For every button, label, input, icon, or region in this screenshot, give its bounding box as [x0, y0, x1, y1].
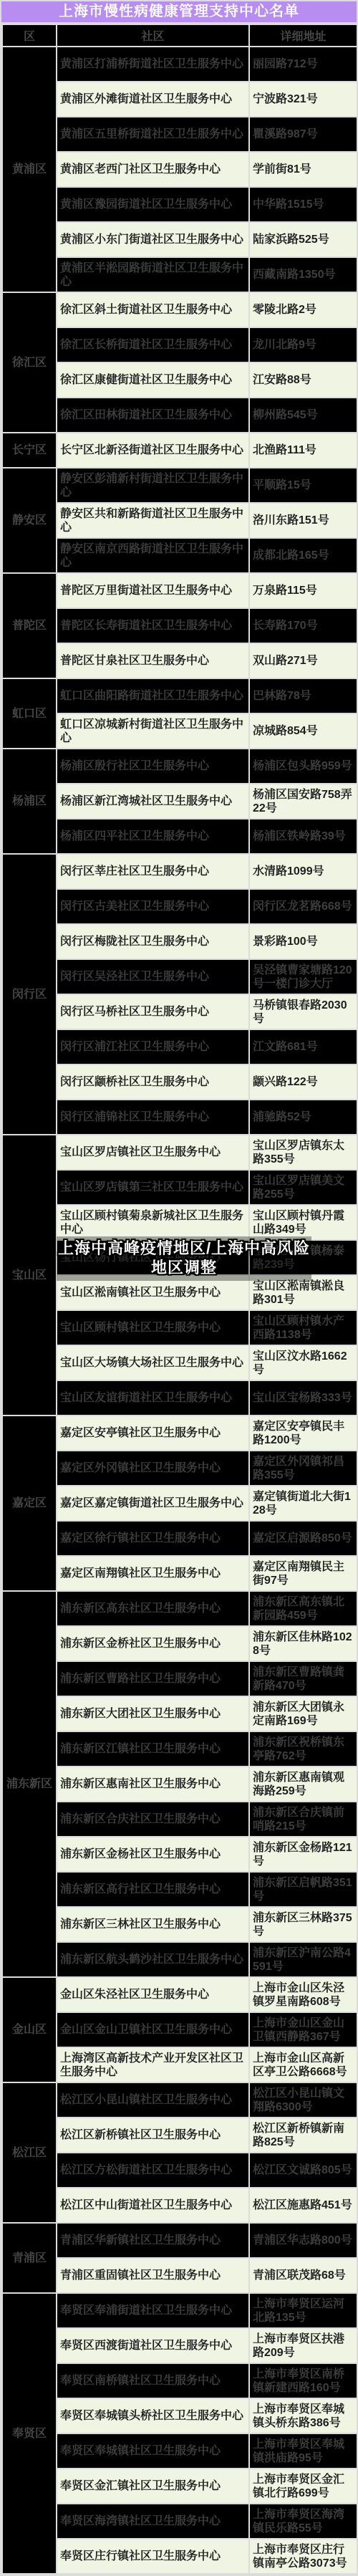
- district-cell: 嘉定区: [2, 1416, 57, 1591]
- watermark-overlay: 上海中高峰疫情地区/上海中高风险 地区调整: [57, 1236, 311, 1281]
- district-cell: 杨浦区: [2, 749, 57, 854]
- center-name-cell: 松江区新桥镇社区卫生服务中心: [57, 2118, 249, 2153]
- center-name-cell: 闵行区颛桥社区卫生服务中心: [57, 1064, 249, 1100]
- center-name-cell: 奉贤区奉城镇头桥社区卫生服务中心: [57, 2398, 249, 2433]
- center-name-cell: 普陀区甘泉社区卫生服务中心: [57, 643, 249, 678]
- center-name-cell: 奉贤区海湾镇社区卫生服务中心: [57, 2504, 249, 2539]
- center-address-cell: 零陵北路2号: [249, 292, 357, 327]
- page-title: 上海市慢性病健康管理支持中心名单: [1, 1, 357, 24]
- center-name-cell: 嘉定区嘉定镇街道社区卫生服务中心: [57, 1486, 249, 1521]
- center-name-cell: 浦东新区高东社区卫生服务中心: [57, 1591, 249, 1626]
- center-name-cell: 宝山区顾村镇菊泉新城社区卫生服务中心: [57, 1205, 249, 1240]
- district-cell: 虹口区: [2, 678, 57, 749]
- center-name-cell: 奉贤区奉浦街道社区卫生服务中心: [57, 2293, 249, 2328]
- center-name-cell: 浦东新区合庆社区卫生服务中心: [57, 1802, 249, 1837]
- center-name-cell: 宝山区大场镇大场社区卫生服务中心: [57, 1345, 249, 1380]
- center-name-cell: 普陀区万里街道社区卫生服务中心: [57, 573, 249, 608]
- center-name-cell: 徐汇区斜土街道社区卫生服务中心: [57, 292, 249, 327]
- center-name-cell: 徐汇区田林街道社区卫生服务中心: [57, 398, 249, 433]
- center-name-cell: 奉贤区西渡街道社区卫生服务中心: [57, 2328, 249, 2363]
- center-row: 普陀区普陀区万里街道社区卫生服务中心万泉路115号: [2, 573, 357, 608]
- center-name-cell: 黄浦区半淞园路街道社区卫生服务中心: [57, 257, 249, 292]
- center-name-cell: 静安区彭浦新村街道社区卫生服务中心: [57, 468, 249, 503]
- center-address-cell: 双山路271号: [249, 643, 357, 678]
- center-address-cell: 松江区文诚路805号: [249, 2153, 357, 2188]
- center-address-cell: 青浦区华志路800号: [249, 2223, 357, 2258]
- center-address-cell: 万泉路115号: [249, 573, 357, 608]
- center-name-cell: 宝山区罗店镇第三社区卫生服务中心: [57, 1170, 249, 1205]
- chronic-disease-center-list-page: 上海市慢性病健康管理支持中心名单 区 社区 详细地址 黄浦区黄浦区打浦桥街道社区…: [0, 0, 358, 2576]
- center-name-cell: 黄浦区五里桥街道社区卫生服务中心: [57, 117, 249, 152]
- center-name-cell: 奉贤区庄行镇社区卫生服务中心: [57, 2539, 249, 2574]
- center-address-cell: 吴泾镇曹家塘路120号一楼门诊大厅: [249, 959, 357, 994]
- center-address-cell: 松江区新桥镇新南路825号: [249, 2118, 357, 2153]
- center-address-cell: 杨浦区包头路959号: [249, 749, 357, 784]
- center-address-cell: 上海市奉贤区金汇镇北行路699号: [249, 2469, 357, 2504]
- center-address-cell: 巴林路78号: [249, 678, 357, 713]
- center-name-cell: 杨浦区四平社区卫生服务中心: [57, 819, 249, 854]
- district-cell: 徐汇区: [2, 292, 57, 433]
- center-address-cell: 颛兴路122号: [249, 1064, 357, 1100]
- center-address-cell: 上海市奉贤区海湾镇民乐路55号: [249, 2504, 357, 2539]
- center-name-cell: 浦东新区金杨社区卫生服务中心: [57, 1837, 249, 1872]
- center-address-cell: 浦东新区沪南公路4591号: [249, 1942, 357, 1977]
- center-address-cell: 北渔路111号: [249, 433, 357, 468]
- center-name-cell: 黄浦区小东门街道社区卫生服务中心: [57, 222, 249, 257]
- centers-table: 区 社区 详细地址 黄浦区黄浦区打浦桥街道社区卫生服务中心丽园路712号黄浦区外…: [1, 24, 358, 2575]
- center-address-cell: 江安路88号: [249, 362, 357, 398]
- center-address-cell: 洛川东路151号: [249, 503, 357, 538]
- center-address-cell: 上海市奉贤区奉城镇洪庙路95号: [249, 2433, 357, 2469]
- center-name-cell: 宝山区顾村镇社区卫生服务中心: [57, 1310, 249, 1345]
- center-address-cell: 松江区施惠路451号: [249, 2188, 357, 2223]
- center-address-cell: 丽园路712号: [249, 47, 357, 82]
- center-name-cell: 浦东新区金桥社区卫生服务中心: [57, 1626, 249, 1661]
- center-name-cell: 奉贤区南桥镇社区卫生服务中心: [57, 2363, 249, 2398]
- center-name-cell: 闵行区古美社区卫生服务中心: [57, 889, 249, 924]
- center-name-cell: 上海湾区高新技术产业开发区社区卫生服务中心: [57, 2047, 249, 2082]
- center-name-cell: 浦东新区惠南社区卫生服务中心: [57, 1767, 249, 1802]
- center-address-cell: 陆家浜路525号: [249, 222, 357, 257]
- center-address-cell: 浦东新区合庆镇前哨路215号: [249, 1802, 357, 1837]
- center-name-cell: 普陀区长寿街道社区卫生服务中心: [57, 608, 249, 643]
- center-name-cell: 青浦区华新镇社区卫生服务中心: [57, 2223, 249, 2258]
- center-address-cell: 成都北路165号: [249, 538, 357, 573]
- center-address-cell: 凉城路854号: [249, 713, 357, 749]
- district-cell: 宝山区: [2, 1135, 57, 1416]
- center-address-cell: 上海市奉贤区奉城镇头桥东路386号: [249, 2398, 357, 2433]
- center-name-cell: 闵行区莘庄社区卫生服务中心: [57, 854, 249, 889]
- center-name-cell: 浦东新区航头鹤沙社区卫生服务中心: [57, 1942, 249, 1977]
- center-name-cell: 静安区共和新路街道社区卫生服务中心: [57, 503, 249, 538]
- center-name-cell: 嘉定区外冈镇社区卫生服务中心: [57, 1451, 249, 1486]
- table-body: 黄浦区黄浦区打浦桥街道社区卫生服务中心丽园路712号黄浦区外滩街道社区卫生服务中…: [2, 47, 357, 2574]
- center-name-cell: 闵行区吴泾社区卫生服务中心: [57, 959, 249, 994]
- center-address-cell: 浦东新区曹路镇龚新路470号: [249, 1661, 357, 1696]
- center-address-cell: 浦驰路52号: [249, 1100, 357, 1135]
- center-row: 松江区松江区小昆山镇社区卫生服务中心松江区小昆山镇文翔路6300号: [2, 2082, 357, 2118]
- center-address-cell: 马桥镇银春路2030号: [249, 994, 357, 1029]
- center-address-cell: 浦东新区大团镇永定南路169号: [249, 1696, 357, 1731]
- center-address-cell: 学前街81号: [249, 152, 357, 187]
- center-address-cell: 嘉定区启源路850号: [249, 1521, 357, 1556]
- center-name-cell: 徐汇区长桥街道社区卫生服务中心: [57, 327, 249, 362]
- center-row: 青浦区青浦区华新镇社区卫生服务中心青浦区华志路800号: [2, 2223, 357, 2258]
- center-address-cell: 上海市金山区朱泾镇罗星南路608号: [249, 1977, 357, 2012]
- center-address-cell: 嘉定镇街道北大街128号: [249, 1486, 357, 1521]
- center-address-cell: 瞿溪路987号: [249, 117, 357, 152]
- center-name-cell: 闵行区马桥社区卫生服务中心: [57, 994, 249, 1029]
- center-name-cell: 静安区南京西路街道社区卫生服务中心: [57, 538, 249, 573]
- center-address-cell: 上海市金山区金山卫镇西静路367号: [249, 2012, 357, 2047]
- center-name-cell: 虹口区凉城新村街道社区卫生服务中心: [57, 713, 249, 749]
- center-address-cell: 宝山区宝杨路333号: [249, 1380, 357, 1416]
- district-cell: 静安区: [2, 468, 57, 573]
- center-name-cell: 嘉定区徐行镇社区卫生服务中心: [57, 1521, 249, 1556]
- district-cell: 松江区: [2, 2082, 57, 2223]
- center-address-cell: 嘉定区南翔镇民主街97号: [249, 1556, 357, 1591]
- center-address-cell: 闵行区龙茗路668号: [249, 889, 357, 924]
- center-address-cell: 杨浦区国安路758弄22号: [249, 784, 357, 819]
- center-name-cell: 浦东新区大团社区卫生服务中心: [57, 1696, 249, 1731]
- center-row: 闵行区闵行区莘庄社区卫生服务中心水清路1099号: [2, 854, 357, 889]
- center-name-cell: 黄浦区豫园街道社区卫生服务中心: [57, 187, 249, 222]
- center-row: 徐汇区徐汇区斜土街道社区卫生服务中心零陵北路2号: [2, 292, 357, 327]
- center-name-cell: 浦东新区江镇社区卫生服务中心: [57, 1731, 249, 1767]
- center-address-cell: 嘉定区安亭镇民丰路1200号: [249, 1416, 357, 1451]
- district-cell: 闵行区: [2, 854, 57, 1135]
- center-row: 静安区静安区彭浦新村街道社区卫生服务中心平顺路15号: [2, 468, 357, 503]
- center-address-cell: 江文路681号: [249, 1029, 357, 1064]
- center-address-cell: 龙川北路9号: [249, 327, 357, 362]
- center-address-cell: 嘉定区外冈镇祁昌路355号: [249, 1451, 357, 1486]
- center-address-cell: 西藏南路1350号: [249, 257, 357, 292]
- district-cell: 金山区: [2, 1977, 57, 2082]
- district-cell: 浦东新区: [2, 1591, 57, 1977]
- column-header-district: 区: [2, 24, 57, 47]
- center-row: 虹口区虹口区曲阳路街道社区卫生服务中心巴林路78号: [2, 678, 357, 713]
- center-row: 嘉定区嘉定区安亭镇社区卫生服务中心嘉定区安亭镇民丰路1200号: [2, 1416, 357, 1451]
- center-address-cell: 中华路1515号: [249, 187, 357, 222]
- center-address-cell: 浦东新区高东镇北新园路459号: [249, 1591, 357, 1626]
- center-name-cell: 金山区金山卫镇社区卫生服务中心: [57, 2012, 249, 2047]
- center-name-cell: 徐汇区康健街道社区卫生服务中心: [57, 362, 249, 398]
- center-name-cell: 黄浦区老西门社区卫生服务中心: [57, 152, 249, 187]
- table-header-row: 区 社区 详细地址: [2, 24, 357, 47]
- center-name-cell: 金山区朱泾社区卫生服务中心: [57, 1977, 249, 2012]
- center-name-cell: 黄浦区外滩街道社区卫生服务中心: [57, 82, 249, 117]
- center-address-cell: 浦东新区三林路375号: [249, 1907, 357, 1942]
- center-name-cell: 闵行区梅陇社区卫生服务中心: [57, 924, 249, 959]
- center-name-cell: 黄浦区打浦桥街道社区卫生服务中心: [57, 47, 249, 82]
- center-name-cell: 虹口区曲阳路街道社区卫生服务中心: [57, 678, 249, 713]
- center-address-cell: 杨浦区铁岭路39号: [249, 819, 357, 854]
- district-cell: 青浦区: [2, 2223, 57, 2293]
- center-address-cell: 浦东新区佳林路1028号: [249, 1626, 357, 1661]
- center-name-cell: 松江区小昆山镇社区卫生服务中心: [57, 2082, 249, 2118]
- center-address-cell: 浦东新区金杨路121号: [249, 1837, 357, 1872]
- center-name-cell: 浦东新区曹路社区卫生服务中心: [57, 1661, 249, 1696]
- center-row: 黄浦区黄浦区打浦桥街道社区卫生服务中心丽园路712号: [2, 47, 357, 82]
- center-row: 金山区金山区朱泾社区卫生服务中心上海市金山区朱泾镇罗星南路608号: [2, 1977, 357, 2012]
- center-row: 奉贤区奉贤区奉浦街道社区卫生服务中心上海市奉贤区运河北路135号: [2, 2293, 357, 2328]
- center-name-cell: 宝山区罗店镇社区卫生服务中心: [57, 1135, 249, 1170]
- center-address-cell: 浦东新区启帆路351号: [249, 1872, 357, 1907]
- center-address-cell: 柳州路545号: [249, 398, 357, 433]
- center-address-cell: 松江区小昆山镇文翔路6300号: [249, 2082, 357, 2118]
- watermark-line-2: 地区调整: [57, 1258, 311, 1277]
- center-name-cell: 长宁区北新泾街道社区卫生服务中心: [57, 433, 249, 468]
- center-name-cell: 松江区中山街道社区卫生服务中心: [57, 2188, 249, 2223]
- center-name-cell: 浦东新区三林社区卫生服务中心: [57, 1907, 249, 1942]
- center-address-cell: 宝山区顾村镇丹霞山路349号: [249, 1205, 357, 1240]
- watermark-line-1: 上海中高峰疫情地区/上海中高风险: [57, 1239, 311, 1258]
- center-row: 长宁区长宁区北新泾街道社区卫生服务中心北渔路111号: [2, 433, 357, 468]
- center-name-cell: 奉贤区金汇镇社区卫生服务中心: [57, 2469, 249, 2504]
- center-name-cell: 青浦区重固镇社区卫生服务中心: [57, 2258, 249, 2293]
- center-address-cell: 浦东新区惠南镇观海路259号: [249, 1767, 357, 1802]
- center-row: 杨浦区杨浦区殷行社区卫生服务中心杨浦区包头路959号: [2, 749, 357, 784]
- column-header-address: 详细地址: [249, 24, 357, 47]
- center-name-cell: 嘉定区南翔镇社区卫生服务中心: [57, 1556, 249, 1591]
- district-cell: 奉贤区: [2, 2293, 57, 2574]
- center-address-cell: 宁波路321号: [249, 82, 357, 117]
- column-header-community: 社区: [57, 24, 249, 47]
- center-address-cell: 水清路1099号: [249, 854, 357, 889]
- center-address-cell: 上海市奉贤区南桥镇新建西路160号: [249, 2363, 357, 2398]
- center-address-cell: 宝山区顾村镇水产西路1138号: [249, 1310, 357, 1345]
- center-name-cell: 奉贤区奉城镇社区卫生服务中心: [57, 2433, 249, 2469]
- center-address-cell: 宝山区罗店镇美文路255号: [249, 1170, 357, 1205]
- center-name-cell: 松江区方松街道社区卫生服务中心: [57, 2153, 249, 2188]
- center-name-cell: 嘉定区安亭镇社区卫生服务中心: [57, 1416, 249, 1451]
- center-name-cell: 杨浦区殷行社区卫生服务中心: [57, 749, 249, 784]
- center-address-cell: 上海市奉贤区运河北路135号: [249, 2293, 357, 2328]
- center-name-cell: 闵行区浦江社区卫生服务中心: [57, 1029, 249, 1064]
- center-address-cell: 上海市金山区高新区亭卫公路6668号: [249, 2047, 357, 2082]
- center-address-cell: 青浦区联茂路68号: [249, 2258, 357, 2293]
- center-row: 宝山区宝山区罗店镇社区卫生服务中心宝山区罗店镇东太路355号: [2, 1135, 357, 1170]
- district-cell: 长宁区: [2, 433, 57, 468]
- center-name-cell: 闵行区浦锦社区卫生服务中心: [57, 1100, 249, 1135]
- center-address-cell: 长寿路170号: [249, 608, 357, 643]
- center-address-cell: 上海市奉贤区庄行镇南亭公路3073号: [249, 2539, 357, 2574]
- center-address-cell: 宝山区汶水路1662号: [249, 1345, 357, 1380]
- center-name-cell: 宝山区友谊街道社区卫生服务中心: [57, 1380, 249, 1416]
- center-address-cell: 浦东新区祝桥镇东亭路762号: [249, 1731, 357, 1767]
- center-address-cell: 宝山区罗店镇东太路355号: [249, 1135, 357, 1170]
- district-cell: 普陀区: [2, 573, 57, 678]
- center-address-cell: 平顺路15号: [249, 468, 357, 503]
- center-name-cell: 杨浦区新江湾城社区卫生服务中心: [57, 784, 249, 819]
- center-name-cell: 浦东新区高行社区卫生服务中心: [57, 1872, 249, 1907]
- center-address-cell: 景彩路100号: [249, 924, 357, 959]
- center-row: 浦东新区浦东新区高东社区卫生服务中心浦东新区高东镇北新园路459号: [2, 1591, 357, 1626]
- center-address-cell: 上海市奉贤区扶港路209号: [249, 2328, 357, 2363]
- district-cell: 黄浦区: [2, 47, 57, 292]
